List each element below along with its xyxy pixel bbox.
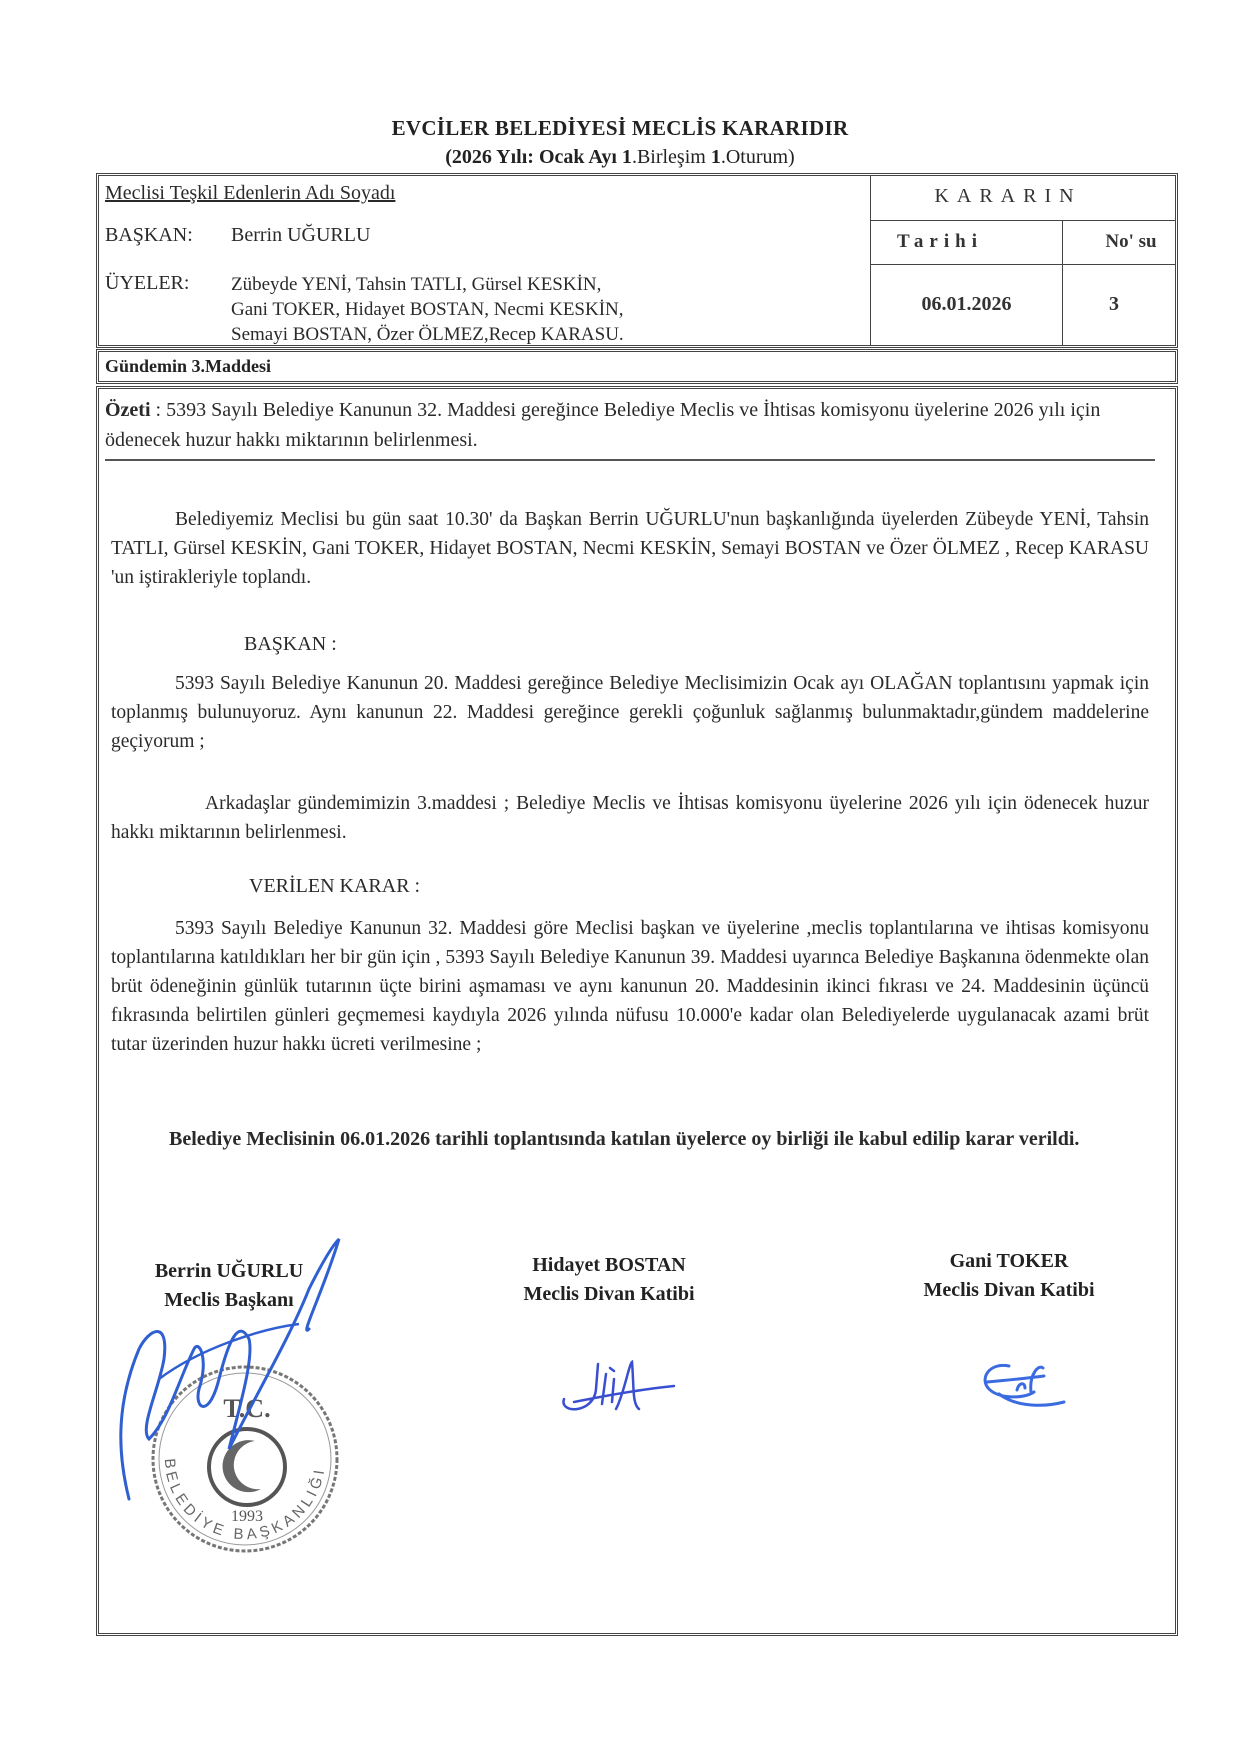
decision-info-cell: KARARIN Tarihi No' su 06.01.2026 3 <box>871 176 1175 345</box>
president-speech: 5393 Sayılı Belediye Kanunun 20. Maddesi… <box>111 669 1149 756</box>
signer-name: Gani TOKER <box>889 1247 1129 1276</box>
decision-text: 5393 Sayılı Belediye Kanunun 32. Maddesi… <box>111 914 1149 1059</box>
council-members-cell: Meclisi Teşkil Edenlerin Adı Soyadı BAŞK… <box>99 176 871 345</box>
president-name: Berrin UĞURLU <box>231 224 370 247</box>
conclusion: Belediye Meclisinin 06.01.2026 tarihli t… <box>105 1124 1153 1155</box>
members-list: Zübeyde YENİ, Tahsin TATLI, Gürsel KESKİ… <box>231 272 624 347</box>
number-label: No' su <box>1063 220 1175 265</box>
summary: Özeti : 5393 Sayılı Belediye Kanunun 32.… <box>105 395 1155 461</box>
decision-body: Özeti : 5393 Sayılı Belediye Kanunun 32.… <box>96 386 1178 1636</box>
president-signature-icon <box>99 1229 379 1509</box>
secretary-1-signature-icon <box>554 1354 684 1424</box>
secretary-2-signature-icon <box>969 1354 1079 1414</box>
date-label: Tarihi <box>871 220 1063 265</box>
members-label: ÜYELER: <box>105 272 189 295</box>
document-subtitle: (2026 Yılı: Ocak Ayı 1.Birleşim 1.Oturum… <box>0 146 1240 169</box>
signature-block-secretary-2: Gani TOKER Meclis Divan Katibi <box>889 1247 1129 1305</box>
svg-text:1993: 1993 <box>231 1508 263 1525</box>
signature-block-secretary-1: Hidayet BOSTAN Meclis Divan Katibi <box>489 1251 729 1309</box>
decision-heading-text: VERİLEN KARAR : <box>249 875 420 898</box>
signer-name: Hidayet BOSTAN <box>489 1251 729 1280</box>
president-heading: BAŞKAN : <box>244 633 337 656</box>
signer-title: Meclis Divan Katibi <box>889 1276 1129 1305</box>
decision-number: 3 <box>1063 265 1175 345</box>
president-label: BAŞKAN: <box>105 224 193 247</box>
opening-paragraph: Belediyemiz Meclisi bu gün saat 10.30' d… <box>111 505 1149 592</box>
header-table: Meclisi Teşkil Edenlerin Adı Soyadı BAŞK… <box>96 173 1178 348</box>
agenda-intro: Arkadaşlar gündemimizin 3.maddesi ; Bele… <box>111 789 1149 847</box>
agenda-item: Gündemin 3.Maddesi <box>96 349 1178 384</box>
signer-title: Meclis Divan Katibi <box>489 1280 729 1309</box>
decision-date: 06.01.2026 <box>871 265 1063 345</box>
members-heading: Meclisi Teşkil Edenlerin Adı Soyadı <box>105 182 395 205</box>
document-title: EVCİLER BELEDİYESİ MECLİS KARARIDIR <box>0 116 1240 141</box>
decision-heading: KARARIN <box>871 176 1175 221</box>
